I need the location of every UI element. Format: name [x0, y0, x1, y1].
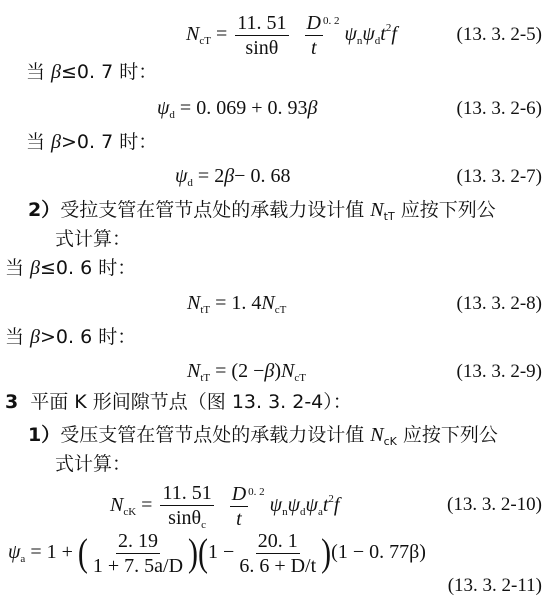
equation-13-3-2-7: ψd = 2β− 0. 68 — [175, 166, 290, 189]
paragraph-2-tension-branch: 2）受拉支管在管节点处的承载力设计值 NtT 应按下列公 — [28, 200, 496, 222]
equation-number: (13. 3. 2-7) — [457, 166, 542, 188]
equation-13-3-2-8: NtT = 1. 4NcT — [187, 293, 286, 316]
equation-number: (13. 3. 2-6) — [457, 98, 542, 120]
fraction-D-over-t: D t — [230, 483, 248, 530]
equation-number: (13. 3. 2-5) — [457, 24, 542, 46]
fraction: 11. 51 sinθ — [235, 12, 288, 59]
condition-beta-le-0-7: 当 β≤0. 7 时： — [26, 62, 157, 82]
equation-13-3-2-10: NcK = 11. 51 sinθc D t 0. 2 ψnψdψat2f — [110, 482, 339, 531]
fraction: 11. 51 sinθc — [160, 482, 213, 531]
section-3-k-gap-joint: 3平面 K 形间隙节点（图 13. 3. 2-4）： — [5, 393, 352, 412]
variable-N: N — [186, 23, 199, 45]
paragraph-2-continuation: 式计算： — [55, 230, 131, 249]
equation-13-3-2-9: NtT = (2 −β)NcT — [187, 361, 306, 384]
equation-13-3-2-11: ψa = 1 + ( 2. 19 1 + 7. 5a/D )(1 − 20. 1… — [8, 530, 426, 577]
equation-number: (13. 3. 2-10) — [447, 494, 542, 516]
equation-number: (13. 3. 2-8) — [457, 293, 542, 315]
fraction: 20. 1 6. 6 + D/t — [237, 530, 318, 577]
condition-beta-le-0-6: 当 β≤0. 6 时： — [5, 258, 136, 278]
paragraph-1-continuation: 式计算： — [55, 455, 131, 474]
equation-number: (13. 3. 2-11) — [448, 575, 542, 597]
fraction: 2. 19 1 + 7. 5a/D — [91, 530, 185, 577]
equation-13-3-2-6: ψd = 0. 069 + 0. 93β — [157, 98, 317, 121]
equation-13-3-2-5: NcT = 11. 51 sinθ D t 0. 2 ψnψdt2f — [186, 12, 397, 59]
fraction-D-over-t: D t — [305, 12, 323, 59]
condition-beta-gt-0-7: 当 β>0. 7 时： — [26, 132, 157, 152]
equation-number: (13. 3. 2-9) — [457, 361, 542, 383]
paragraph-1-compression-branch: 1）受压支管在管节点处的承载力设计值 NcK 应按下列公 — [28, 425, 498, 447]
condition-beta-gt-0-6: 当 β>0. 6 时： — [5, 327, 136, 347]
